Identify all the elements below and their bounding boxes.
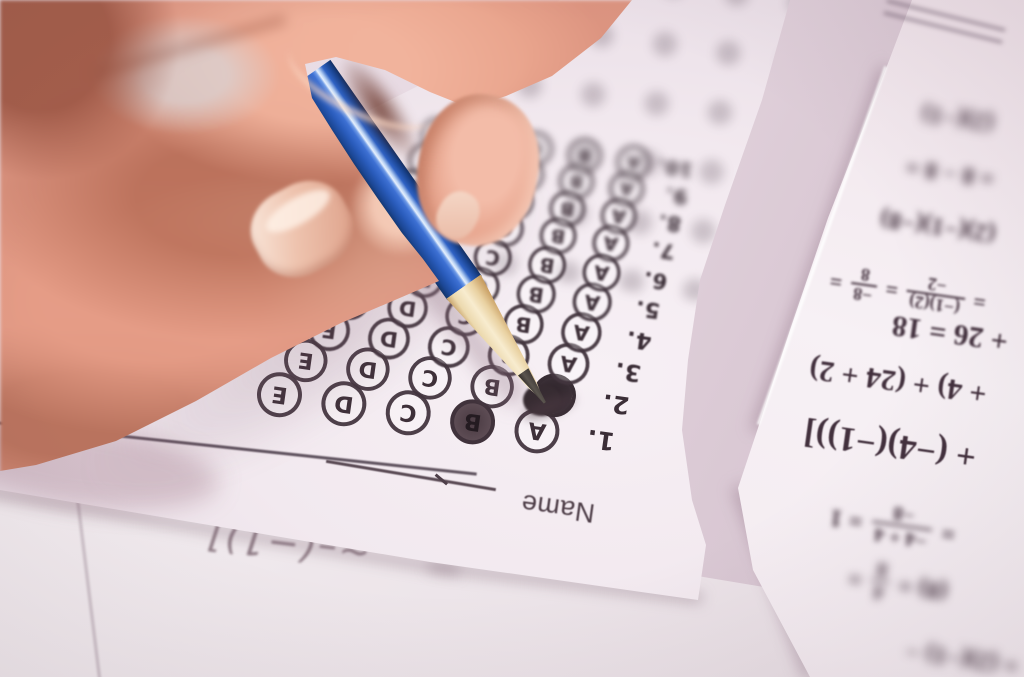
equation-fraction: −88 [848, 262, 880, 305]
bubble-letter: C [420, 364, 440, 391]
pencil-graphite-point [517, 367, 553, 409]
bubble-letter: B [577, 145, 593, 166]
thumb-nail [237, 167, 367, 292]
bubble-letter: A [526, 417, 547, 445]
bubble-letter: A [583, 290, 601, 315]
bubble-letter: A [625, 152, 641, 173]
bubble-letter: B [462, 408, 483, 436]
finger-crease-shadow [93, 15, 288, 79]
fraction-numerator: −8 [848, 281, 877, 305]
bubble-letter: A [559, 351, 579, 377]
equation-text: = [878, 276, 905, 304]
equation-text: = [846, 564, 870, 594]
equation-text: = [933, 518, 957, 548]
fraction-denominator: −2 [923, 272, 952, 295]
photo-scene: ~–(−1)] (2)(−1)= 8 − 8 =(2)(−1)(−8)= (−1… [0, 0, 1024, 677]
bubble-a-q10: A [614, 143, 653, 182]
question-number: 10. [656, 155, 694, 182]
fraction-denominator: 8 [856, 263, 875, 284]
name-blank-line [326, 460, 496, 491]
bubble-letter: B [559, 197, 576, 220]
equation-text: = [966, 289, 987, 316]
bubble-b-q10: B [565, 136, 604, 175]
fraction-numerator: 4 [868, 579, 889, 604]
bubble-letter: C [398, 399, 418, 427]
bubble-letter: B [538, 253, 556, 277]
name-label: Name [519, 487, 597, 528]
fraction-denominator: 8 [872, 557, 893, 581]
bubble-letter: A [593, 261, 611, 285]
bubble-letter: A [602, 232, 619, 255]
bubble-letter: B [527, 282, 545, 307]
bubble-letter: A [618, 178, 635, 200]
question-number: 1. [567, 421, 617, 456]
equation-fraction: −4 + 4−8 [869, 499, 935, 552]
equation-fraction: 48 [868, 557, 892, 604]
bubble-letter: A [610, 205, 627, 228]
equation-text: (8) = [890, 571, 949, 606]
bubble-letter: A [572, 320, 591, 345]
fraction-denominator: −8 [888, 501, 920, 527]
equation-text: = 1 [828, 504, 871, 536]
bubble-letter: B [568, 171, 584, 193]
equation-text: = [828, 269, 849, 296]
